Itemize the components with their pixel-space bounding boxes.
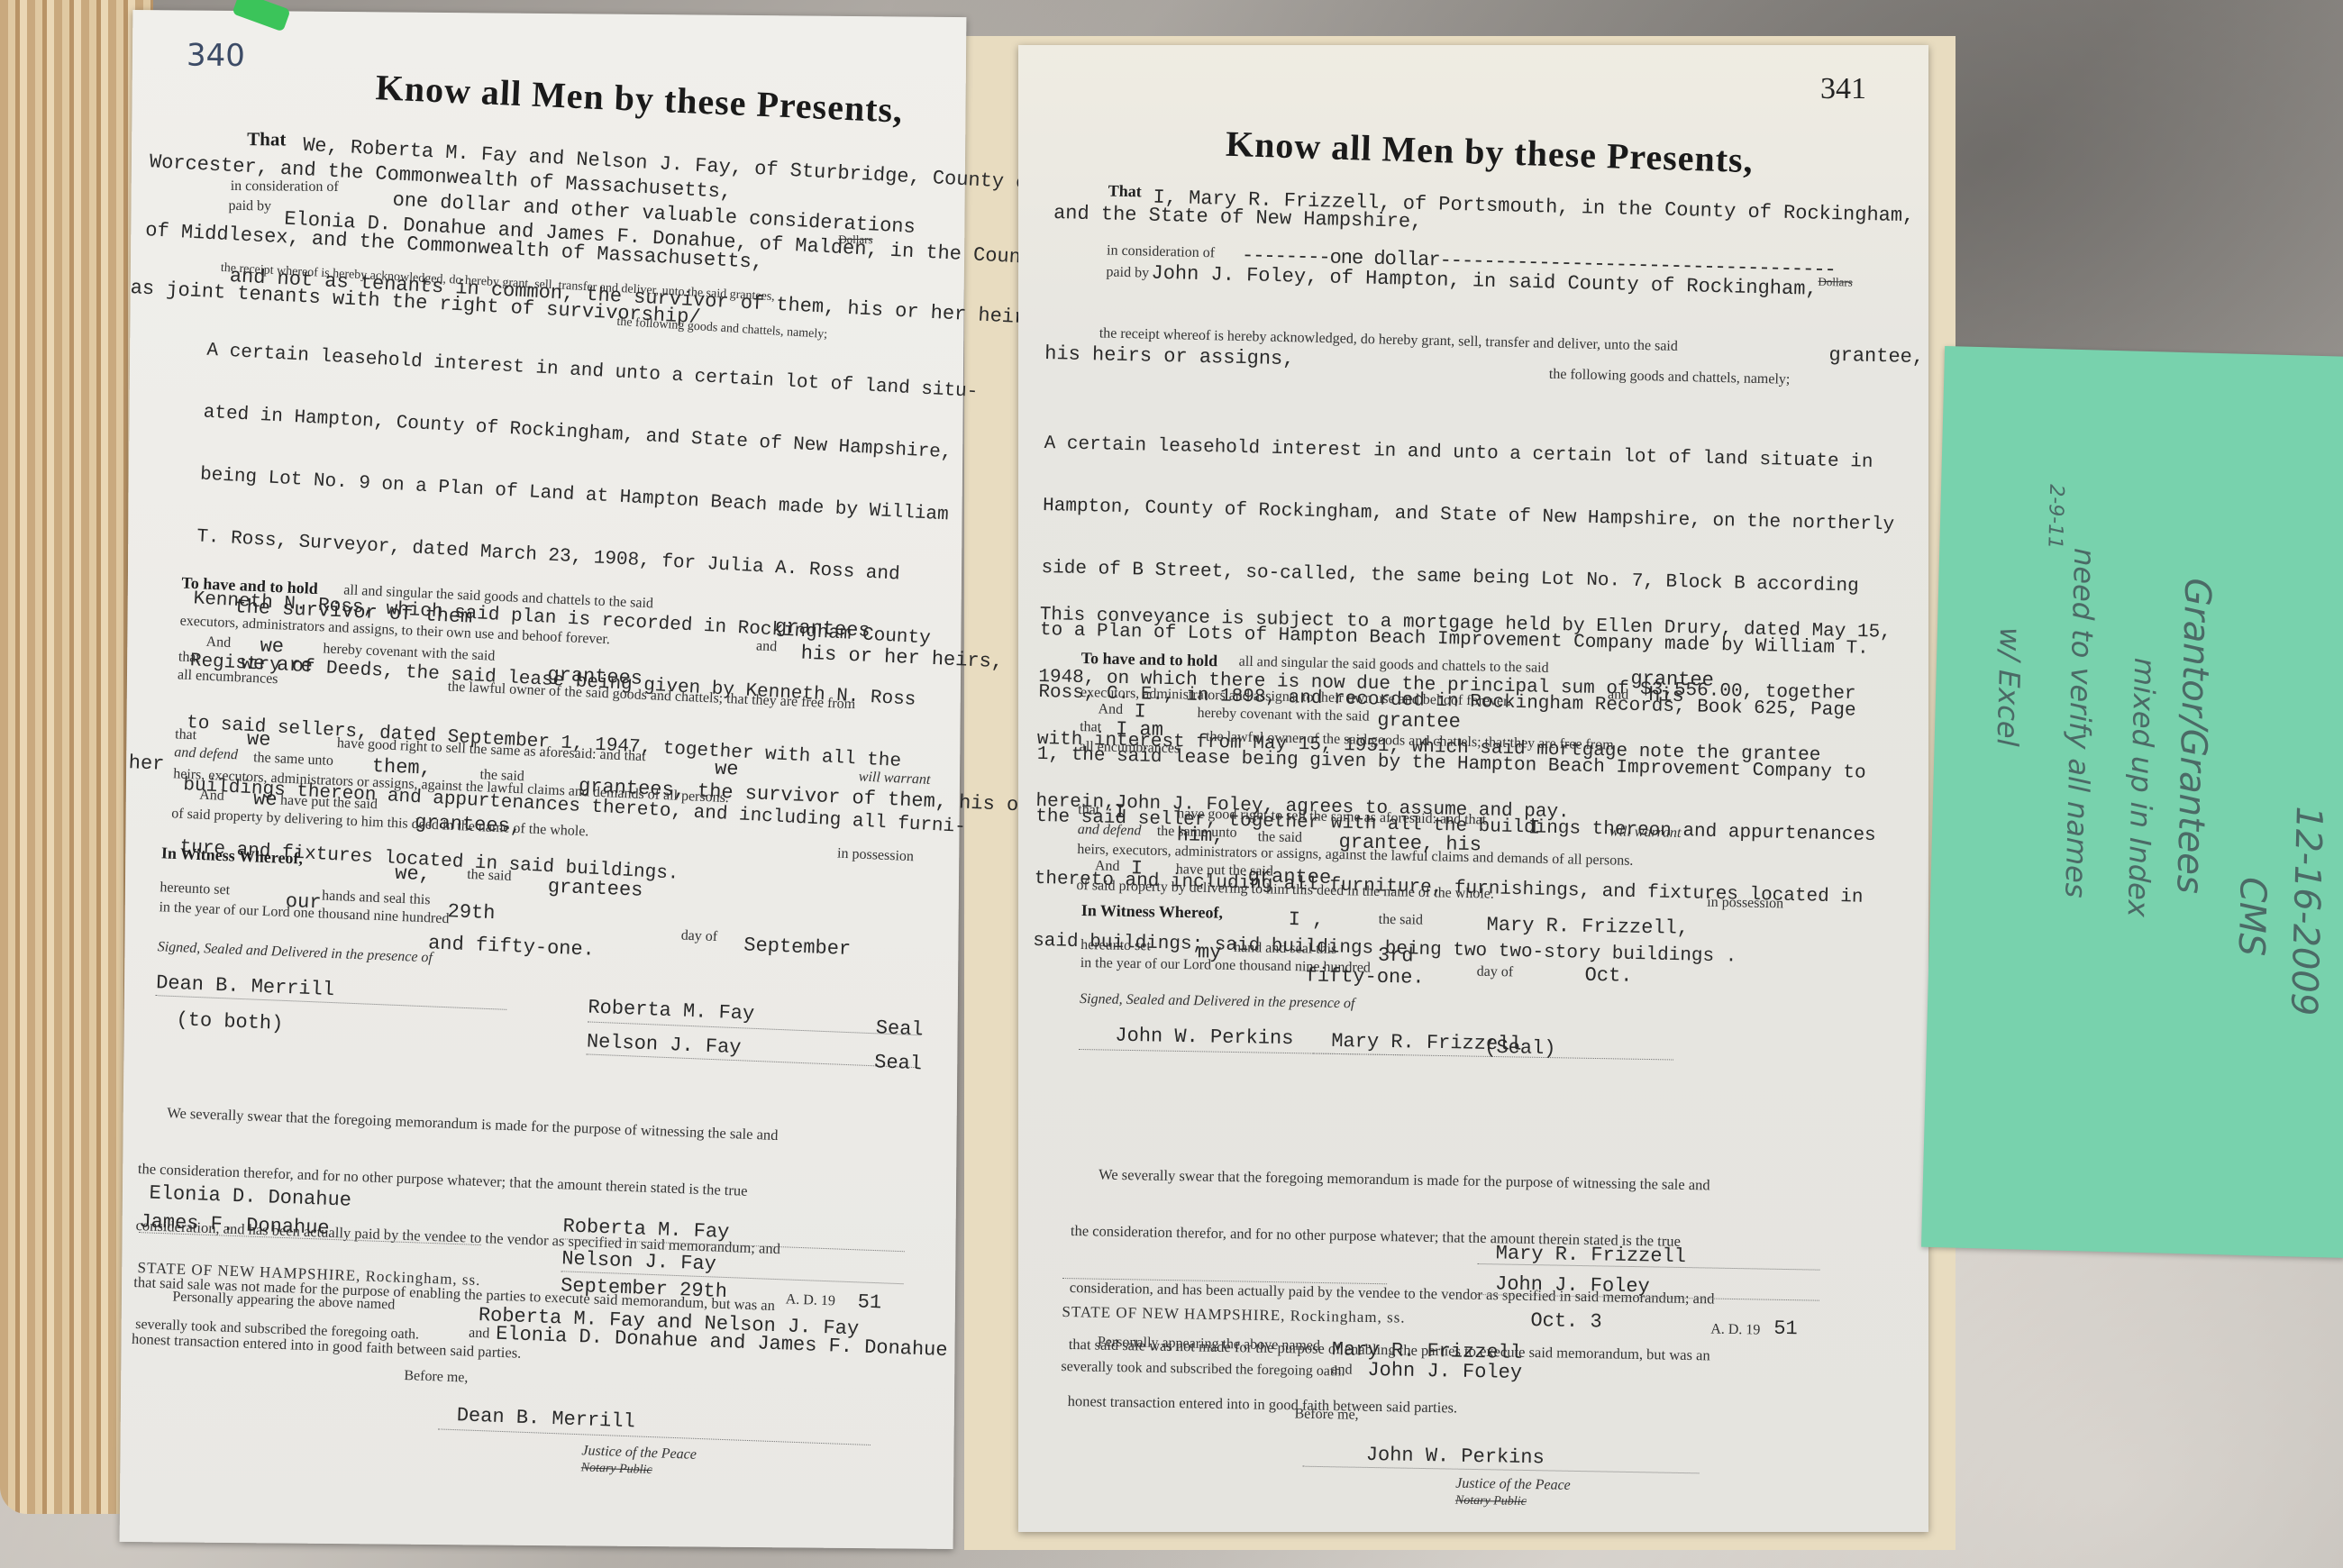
year-value: and fifty-one. <box>428 932 596 961</box>
covenant-text: hereby covenant with the said <box>1197 706 1369 725</box>
i-2: I <box>1114 801 1126 824</box>
habendum-grantees: grantees <box>774 615 871 643</box>
have-put-text: have put the said <box>280 793 378 814</box>
that-label: That <box>247 128 286 150</box>
oath-line: We severally swear that the foregoing me… <box>140 1102 924 1150</box>
deed-page-right: 341 Know all Men by these Presents, That… <box>1018 45 1928 1532</box>
consideration-label: in consideration of <box>231 178 339 196</box>
justice-signature: John W. Perkins <box>1366 1444 1545 1469</box>
witness-label: In Witness Whereof, <box>1081 901 1224 923</box>
that-1: that <box>1080 719 1101 735</box>
day-of: day of <box>1477 964 1514 981</box>
that-2: that <box>1078 802 1099 818</box>
personally-appearing: Personally appearing the above named <box>1098 1335 1320 1354</box>
note-line-2: mixed up in Index <box>2121 657 2163 917</box>
lawful-owner-text: the lawful owner of the said goods and c… <box>447 679 855 713</box>
hand-seal: hands and seal this <box>322 889 431 909</box>
that-2: that <box>175 726 197 743</box>
i-3: I <box>1528 816 1541 839</box>
her: her <box>128 752 165 776</box>
hereunto-set: hereunto set <box>1080 937 1151 954</box>
severally-took: severally took and subscribed the forego… <box>135 1317 419 1344</box>
deed-title: Know all Men by these Presents, <box>375 66 904 132</box>
note-line-4: w/ Excel <box>1991 627 2028 747</box>
note-line-1: Grantor/Grantees <box>2168 578 2218 895</box>
i-am: I am <box>1116 718 1163 742</box>
signer-2-line <box>586 1053 919 1068</box>
state-date: September 29th <box>561 1274 728 1303</box>
witness-signature: John W. Perkins <box>1115 1025 1293 1050</box>
witness-i: I , <box>1288 908 1324 932</box>
and-we-2: And <box>199 788 224 805</box>
witness-section: In Witness Whereof, we, the said grantee… <box>154 843 953 1055</box>
we-3: we <box>715 757 739 780</box>
oath-signer-line <box>1062 1278 1387 1284</box>
state-date: Oct. 3 <box>1530 1309 1602 1333</box>
month-value: September <box>743 934 852 961</box>
justice-title: Justice of the Peace <box>1455 1476 1571 1494</box>
and-we-label: And <box>205 634 231 652</box>
acknowledgment-section: Mary R. Frizzell John J. Foley STATE OF … <box>1058 1235 1892 1546</box>
and-2: And <box>1095 858 1120 875</box>
deed-title: Know all Men by these Presents, <box>1225 123 1754 181</box>
habendum-text: all and singular the said goods and chat… <box>1239 654 1549 677</box>
and-label: and <box>1608 687 1628 703</box>
lawful-owner-text: the lawful owner of the said goods and c… <box>1206 729 1614 753</box>
all-encumbrances: all encumbrances <box>178 667 278 688</box>
month-value: Oct. <box>1584 964 1632 988</box>
note-initials: CMS <box>2230 877 2274 957</box>
habendum-label: To have and to hold <box>1081 649 1218 670</box>
delivering-text: of said property by delivering to him th… <box>171 806 589 840</box>
before-me: Before me, <box>1294 1407 1358 1424</box>
note-entry-date: 2-9-11 <box>2043 484 2067 550</box>
paid-by-label: paid by <box>228 198 271 214</box>
that-label: That <box>1108 181 1142 201</box>
witness-we: we, <box>395 862 432 887</box>
notary-struck: Notary Public <box>1455 1494 1527 1509</box>
ad-year: 51 <box>857 1290 881 1314</box>
witness-the-said: the said <box>1379 912 1424 929</box>
hand-seal: hand and seal this <box>1234 940 1336 958</box>
and-label-2: and <box>469 1326 490 1343</box>
state-label: STATE OF NEW HAMPSHIRE, Rockingham, ss. <box>137 1259 481 1290</box>
habendum-section: To have and to hold all and singular the… <box>1076 649 1910 936</box>
mortgage-line: This conveyance is subject to a mortgage… <box>1040 605 1892 643</box>
page-number: 341 <box>1820 72 1866 106</box>
dollars-struck: Dollars <box>1818 275 1853 290</box>
description-line: Hampton, County of Rockingham, and State… <box>1043 496 1894 535</box>
his: his <box>1648 684 1684 707</box>
seal-2: Seal <box>874 1051 923 1075</box>
signer-1: Roberta M. Fay <box>588 996 755 1025</box>
signed-sealed-delivered: Signed, Sealed and Delivered in the pres… <box>157 939 433 966</box>
handwritten-page-number: 340 <box>187 38 245 75</box>
all-encumbrances: all encumbrances <box>1080 739 1181 757</box>
i-4: I <box>1131 857 1144 880</box>
covenant-text: hereby covenant with the said <box>323 641 496 664</box>
witness-grantor-name: Mary R. Frizzell, <box>1486 914 1689 940</box>
day-value: 3rd <box>1378 944 1414 968</box>
in-possession: in possession <box>1707 895 1783 913</box>
green-sticky-note[interactable]: 12-16-2009 CMS 2-9-11 Grantor/Grantees m… <box>1921 346 2343 1258</box>
receipt-grantee: grantee, <box>1828 344 1924 369</box>
same-unto: the same unto <box>253 750 334 770</box>
that-1: that <box>178 649 201 666</box>
personally-appearing: Personally appearing the above named <box>172 1290 396 1314</box>
consideration-label: in consideration of <box>1107 242 1215 261</box>
note-date: 12-16-2009 <box>2283 806 2329 1016</box>
the-said-1: the said <box>1257 829 1302 846</box>
day-of: day of <box>680 928 717 946</box>
year-value: fifty-one. <box>1305 964 1424 989</box>
his-heirs: his heirs or assigns, <box>1044 342 1295 370</box>
and-1: And <box>1098 701 1123 718</box>
witness-grantees: grantees <box>547 876 643 902</box>
seal-label: (Seal) <box>1484 1036 1556 1060</box>
and-label: and <box>756 638 778 655</box>
will-warrant: will warrant <box>858 769 930 788</box>
description-line: A certain leasehold interest in and unto… <box>1044 433 1895 473</box>
seal-1: Seal <box>875 1016 924 1041</box>
habendum-section: To have and to hold all and singular the… <box>169 573 974 896</box>
hereunto-set: hereunto set <box>160 880 230 898</box>
and-defend: and defend <box>174 744 238 763</box>
ad-year: 51 <box>1773 1317 1798 1340</box>
before-me: Before me, <box>404 1368 469 1387</box>
witness-section: In Witness Whereof, I , the said Mary R.… <box>1079 901 1910 1096</box>
witness-note: (to both) <box>176 1008 284 1035</box>
ad-label: A. D. 19 <box>1710 1322 1760 1339</box>
witness-the-said: the said <box>467 867 512 885</box>
note-line-3: need to verify all names <box>2058 548 2101 898</box>
signed-sealed-delivered: Signed, Sealed and Delivered in the pres… <box>1080 991 1355 1012</box>
severally-took: severally took and subscribed the forego… <box>1061 1359 1345 1380</box>
justice-signature: Dean B. Merrill <box>456 1404 635 1433</box>
ad-label: A. D. 19 <box>785 1291 835 1309</box>
acknowledgment-section: Elonia D. Donahue James F. Donahue Rober… <box>129 1181 933 1526</box>
justice-title: Justice of the Peace <box>581 1443 697 1463</box>
notary-struck: Notary Public <box>580 1461 652 1478</box>
delivering-text: of said property by delivering to him th… <box>1076 878 1494 903</box>
deed-page-left: 340 Know all Men by these Presents, That… <box>120 10 967 1549</box>
description-line: being Lot No. 9 on a Plan of Land at Ham… <box>199 464 983 527</box>
in-possession: in possession <box>837 846 915 866</box>
appearing-name-2: John J. Foley <box>1367 1359 1522 1384</box>
and-defend: and defend <box>1078 822 1142 839</box>
will-warrant: will warrant <box>1609 824 1682 842</box>
oath-line: We severally swear that the foregoing me… <box>1071 1164 1883 1198</box>
justice-signature-line <box>438 1428 871 1445</box>
description-line: ated in Hampton, County of Rockingham, a… <box>203 403 987 466</box>
we-4: we <box>253 788 278 811</box>
we-2: we <box>246 728 270 752</box>
following-goods: the following goods and chattels, namely… <box>1549 367 1791 388</box>
covenant-grantee: grantee <box>1377 709 1461 734</box>
description-line: A certain leasehold interest in and unto… <box>206 341 990 404</box>
state-label: STATE OF NEW HAMPSHIRE, Rockingham, ss. <box>1062 1303 1405 1327</box>
day-value: 29th <box>447 900 496 925</box>
paid-by-label: paid by <box>1106 264 1149 281</box>
